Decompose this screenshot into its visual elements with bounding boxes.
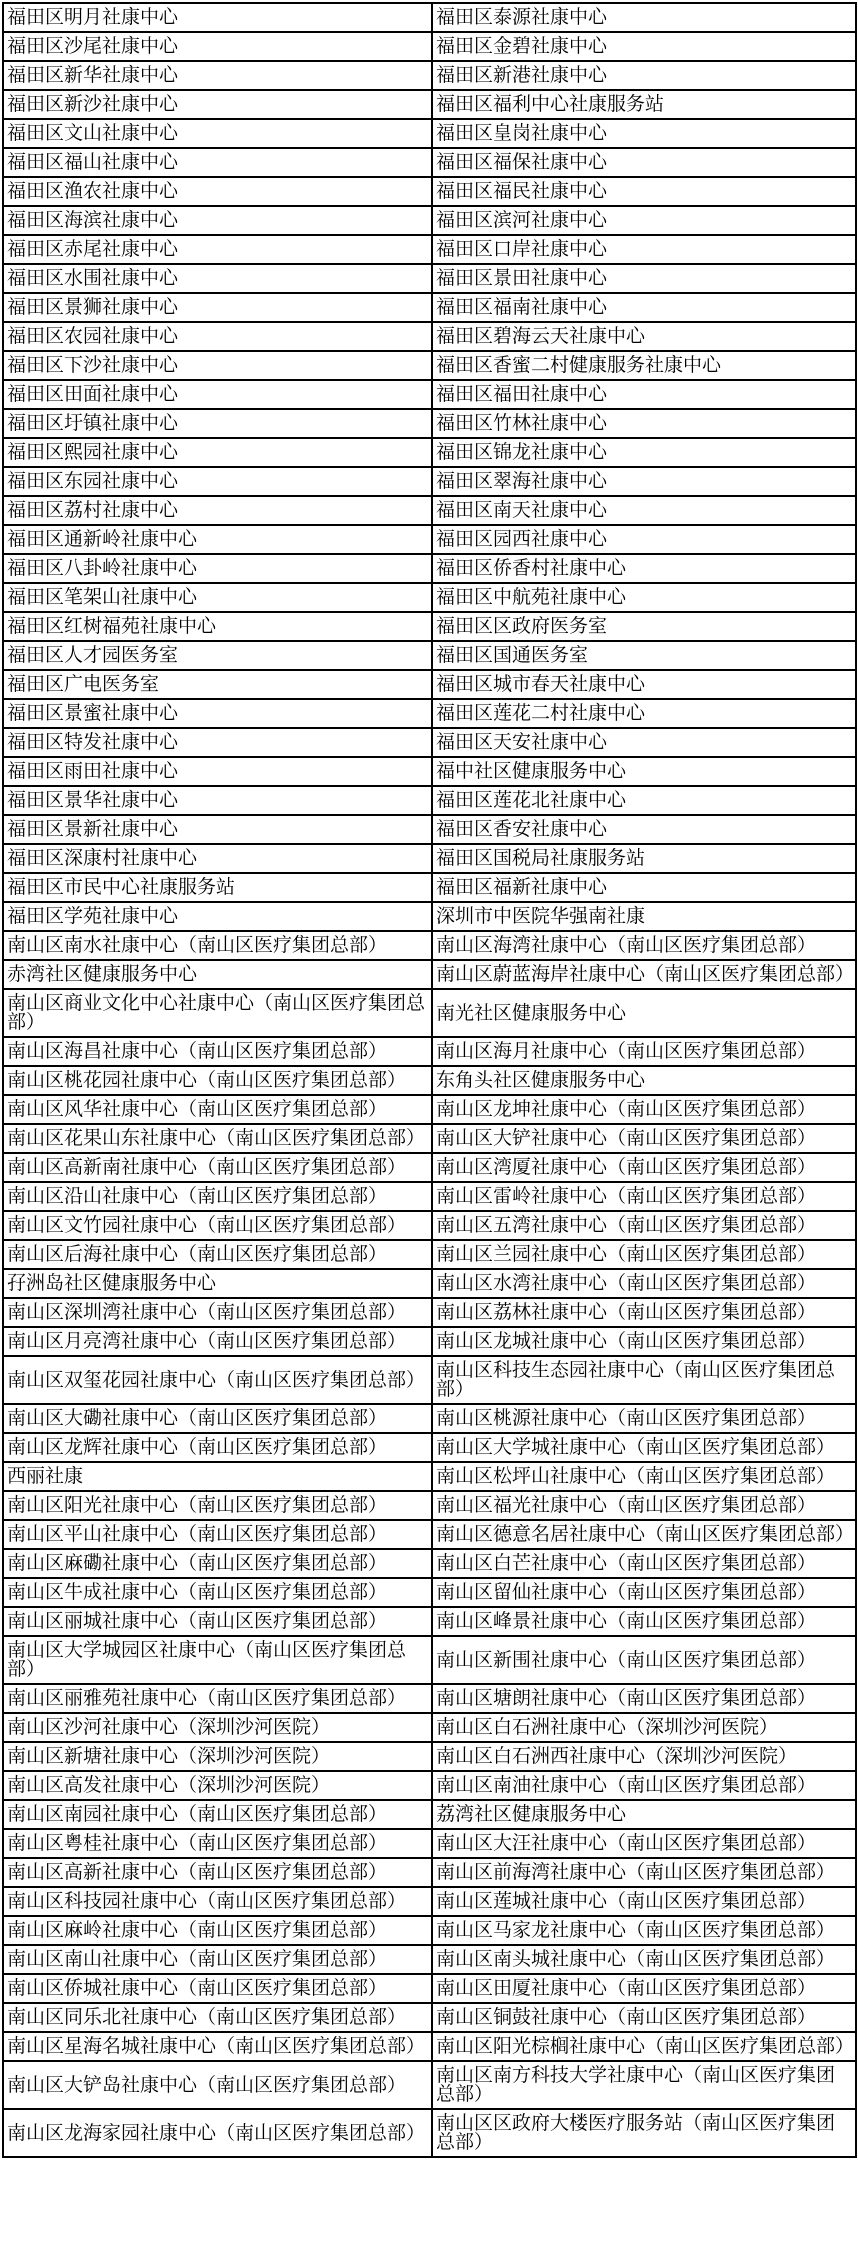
clinic-cell-right: 南山区荔林社康中心（南山区医疗集团总部） (432, 1298, 856, 1327)
table-row: 福田区雨田社康中心福中社区健康服务中心 (3, 757, 856, 786)
clinic-cell-left: 南山区海昌社康中心（南山区医疗集团总部） (3, 1037, 432, 1066)
clinic-cell-right: 福田区区政府医务室 (432, 612, 856, 641)
table-row: 福田区赤尾社康中心福田区口岸社康中心 (3, 235, 856, 264)
table-row: 南山区牛成社康中心（南山区医疗集团总部）南山区留仙社康中心（南山区医疗集团总部） (3, 1578, 856, 1607)
clinic-cell-left: 南山区南园社康中心（南山区医疗集团总部） (3, 1800, 432, 1829)
clinic-cell-left: 南山区侨城社康中心（南山区医疗集团总部） (3, 1974, 432, 2003)
table-row: 福田区学苑社康中心深圳市中医院华强南社康 (3, 902, 856, 931)
table-row: 福田区深康村社康中心福田区国税局社康服务站 (3, 844, 856, 873)
clinic-cell-left: 南山区后海社康中心（南山区医疗集团总部） (3, 1240, 432, 1269)
table-row: 南山区龙辉社康中心（南山区医疗集团总部）南山区大学城社康中心（南山区医疗集团总部… (3, 1433, 856, 1462)
table-row: 福田区田面社康中心福田区福田社康中心 (3, 380, 856, 409)
table-row: 南山区大铲岛社康中心（南山区医疗集团总部）南山区南方科技大学社康中心（南山区医疗… (3, 2061, 856, 2109)
table-row: 南山区南园社康中心（南山区医疗集团总部）荔湾社区健康服务中心 (3, 1800, 856, 1829)
clinic-cell-right: 南山区桃源社康中心（南山区医疗集团总部） (432, 1404, 856, 1433)
clinic-cell-right: 福田区园西社康中心 (432, 525, 856, 554)
clinic-cell-right: 南山区大学城社康中心（南山区医疗集团总部） (432, 1433, 856, 1462)
clinic-cell-left: 南山区丽雅苑社康中心（南山区医疗集团总部） (3, 1684, 432, 1713)
clinic-cell-left: 南山区商业文化中心社康中心（南山区医疗集团总部） (3, 989, 432, 1037)
clinic-cell-right: 南山区海月社康中心（南山区医疗集团总部） (432, 1037, 856, 1066)
clinic-cell-left: 南山区同乐北社康中心（南山区医疗集团总部） (3, 2003, 432, 2032)
table-row: 南山区海昌社康中心（南山区医疗集团总部）南山区海月社康中心（南山区医疗集团总部） (3, 1037, 856, 1066)
clinic-cell-right: 福田区福新社康中心 (432, 873, 856, 902)
clinic-cell-left: 福田区新华社康中心 (3, 61, 432, 90)
clinic-cell-left: 南山区风华社康中心（南山区医疗集团总部） (3, 1095, 432, 1124)
clinic-cell-left: 福田区广电医务室 (3, 670, 432, 699)
clinic-cell-left: 福田区深康村社康中心 (3, 844, 432, 873)
clinic-cell-right: 福田区福南社康中心 (432, 293, 856, 322)
clinic-cell-left: 福田区红树福苑社康中心 (3, 612, 432, 641)
clinic-cell-left: 赤湾社区健康服务中心 (3, 960, 432, 989)
table-row: 南山区星海名城社康中心（南山区医疗集团总部）南山区阳光棕榈社康中心（南山区医疗集… (3, 2032, 856, 2061)
clinic-cell-right: 南山区五湾社康中心（南山区医疗集团总部） (432, 1211, 856, 1240)
clinic-cell-right: 南山区留仙社康中心（南山区医疗集团总部） (432, 1578, 856, 1607)
table-row: 福田区水围社康中心福田区景田社康中心 (3, 264, 856, 293)
clinic-cell-right: 福田区金碧社康中心 (432, 32, 856, 61)
table-row: 南山区高新社康中心（南山区医疗集团总部）南山区前海湾社康中心（南山区医疗集团总部… (3, 1858, 856, 1887)
clinic-cell-left: 南山区高发社康中心（深圳沙河医院） (3, 1771, 432, 1800)
clinic-cell-right: 福田区翠海社康中心 (432, 467, 856, 496)
clinic-cell-right: 南山区白石洲西社康中心（深圳沙河医院） (432, 1742, 856, 1771)
table-row: 南山区高新南社康中心（南山区医疗集团总部）南山区湾厦社康中心（南山区医疗集团总部… (3, 1153, 856, 1182)
clinic-cell-left: 南山区粤桂社康中心（南山区医疗集团总部） (3, 1829, 432, 1858)
table-row: 南山区龙海家园社康中心（南山区医疗集团总部）南山区区政府大楼医疗服务站（南山区医… (3, 2109, 856, 2157)
table-row: 孖洲岛社区健康服务中心南山区水湾社康中心（南山区医疗集团总部） (3, 1269, 856, 1298)
clinic-cell-left: 南山区沿山社康中心（南山区医疗集团总部） (3, 1182, 432, 1211)
table-row: 福田区通新岭社康中心福田区园西社康中心 (3, 525, 856, 554)
table-row: 福田区荔村社康中心福田区南天社康中心 (3, 496, 856, 525)
clinic-cell-left: 福田区特发社康中心 (3, 728, 432, 757)
clinic-cell-right: 南光社区健康服务中心 (432, 989, 856, 1037)
clinic-cell-left: 南山区大磡社康中心（南山区医疗集团总部） (3, 1404, 432, 1433)
table-row: 南山区月亮湾社康中心（南山区医疗集团总部）南山区龙城社康中心（南山区医疗集团总部… (3, 1327, 856, 1356)
clinic-cell-left: 福田区荔村社康中心 (3, 496, 432, 525)
clinic-cell-left: 福田区学苑社康中心 (3, 902, 432, 931)
clinic-cell-right: 福田区侨香村社康中心 (432, 554, 856, 583)
clinic-cell-right: 南山区水湾社康中心（南山区医疗集团总部） (432, 1269, 856, 1298)
clinic-cell-right: 南山区马家龙社康中心（南山区医疗集团总部） (432, 1916, 856, 1945)
clinic-cell-right: 福田区南天社康中心 (432, 496, 856, 525)
clinic-cell-right: 南山区蔚蓝海岸社康中心（南山区医疗集团总部） (432, 960, 856, 989)
clinic-cell-right: 福田区口岸社康中心 (432, 235, 856, 264)
clinic-cell-right: 南山区海湾社康中心（南山区医疗集团总部） (432, 931, 856, 960)
clinic-cell-left: 南山区丽城社康中心（南山区医疗集团总部） (3, 1607, 432, 1636)
clinic-cell-right: 深圳市中医院华强南社康 (432, 902, 856, 931)
clinic-cell-left: 西丽社康 (3, 1462, 432, 1491)
table-row: 福田区明月社康中心福田区泰源社康中心 (3, 3, 856, 32)
clinic-cell-left: 福田区赤尾社康中心 (3, 235, 432, 264)
clinic-cell-left: 福田区明月社康中心 (3, 3, 432, 32)
clinic-cell-right: 福田区国税局社康服务站 (432, 844, 856, 873)
clinic-cell-left: 南山区深圳湾社康中心（南山区医疗集团总部） (3, 1298, 432, 1327)
table-row: 南山区南水社康中心（南山区医疗集团总部）南山区海湾社康中心（南山区医疗集团总部） (3, 931, 856, 960)
clinic-cell-right: 南山区塘朗社康中心（南山区医疗集团总部） (432, 1684, 856, 1713)
table-row: 南山区同乐北社康中心（南山区医疗集团总部）南山区铜鼓社康中心（南山区医疗集团总部… (3, 2003, 856, 2032)
table-row: 福田区下沙社康中心福田区香蜜二村健康服务社康中心 (3, 351, 856, 380)
clinic-cell-right: 福田区锦龙社康中心 (432, 438, 856, 467)
table-row: 南山区阳光社康中心（南山区医疗集团总部）南山区福光社康中心（南山区医疗集团总部） (3, 1491, 856, 1520)
clinic-cell-left: 南山区大铲岛社康中心（南山区医疗集团总部） (3, 2061, 432, 2109)
clinic-cell-left: 福田区雨田社康中心 (3, 757, 432, 786)
clinic-cell-left: 南山区大学城园区社康中心（南山区医疗集团总部） (3, 1636, 432, 1684)
table-row: 南山区风华社康中心（南山区医疗集团总部）南山区龙坤社康中心（南山区医疗集团总部） (3, 1095, 856, 1124)
clinic-cell-left: 南山区科技园社康中心（南山区医疗集团总部） (3, 1887, 432, 1916)
clinic-cell-left: 南山区龙海家园社康中心（南山区医疗集团总部） (3, 2109, 432, 2157)
clinic-cell-left: 南山区麻岭社康中心（南山区医疗集团总部） (3, 1916, 432, 1945)
clinic-cell-right: 福中社区健康服务中心 (432, 757, 856, 786)
table-row: 福田区海滨社康中心福田区滨河社康中心 (3, 206, 856, 235)
table-row: 南山区侨城社康中心（南山区医疗集团总部）南山区田厦社康中心（南山区医疗集团总部） (3, 1974, 856, 2003)
clinic-cell-right: 南山区松坪山社康中心（南山区医疗集团总部） (432, 1462, 856, 1491)
table-row: 南山区麻岭社康中心（南山区医疗集团总部）南山区马家龙社康中心（南山区医疗集团总部… (3, 1916, 856, 1945)
clinic-cell-right: 福田区福利中心社康服务站 (432, 90, 856, 119)
clinic-cell-left: 南山区平山社康中心（南山区医疗集团总部） (3, 1520, 432, 1549)
clinic-cell-right: 南山区湾厦社康中心（南山区医疗集团总部） (432, 1153, 856, 1182)
table-row: 南山区新塘社康中心（深圳沙河医院）南山区白石洲西社康中心（深圳沙河医院） (3, 1742, 856, 1771)
table-row: 赤湾社区健康服务中心南山区蔚蓝海岸社康中心（南山区医疗集团总部） (3, 960, 856, 989)
table-row: 南山区麻磡社康中心（南山区医疗集团总部）南山区白芒社康中心（南山区医疗集团总部） (3, 1549, 856, 1578)
clinic-cell-left: 福田区景新社康中心 (3, 815, 432, 844)
table-row: 南山区大磡社康中心（南山区医疗集团总部）南山区桃源社康中心（南山区医疗集团总部） (3, 1404, 856, 1433)
clinic-cell-left: 福田区海滨社康中心 (3, 206, 432, 235)
clinic-cell-left: 福田区通新岭社康中心 (3, 525, 432, 554)
clinic-cell-right: 荔湾社区健康服务中心 (432, 1800, 856, 1829)
clinic-cell-left: 福田区笔架山社康中心 (3, 583, 432, 612)
table-row: 福田区熙园社康中心福田区锦龙社康中心 (3, 438, 856, 467)
clinic-cell-left: 福田区人才园医务室 (3, 641, 432, 670)
clinic-cell-right: 南山区阳光棕榈社康中心（南山区医疗集团总部） (432, 2032, 856, 2061)
clinic-cell-left: 福田区新沙社康中心 (3, 90, 432, 119)
table-row: 南山区桃花园社康中心（南山区医疗集团总部）东角头社区健康服务中心 (3, 1066, 856, 1095)
table-row: 南山区科技园社康中心（南山区医疗集团总部）南山区莲城社康中心（南山区医疗集团总部… (3, 1887, 856, 1916)
clinic-cell-right: 福田区滨河社康中心 (432, 206, 856, 235)
clinic-table: 福田区明月社康中心福田区泰源社康中心福田区沙尾社康中心福田区金碧社康中心福田区新… (2, 2, 857, 2158)
clinic-cell-left: 福田区八卦岭社康中心 (3, 554, 432, 583)
clinic-cell-left: 福田区景狮社康中心 (3, 293, 432, 322)
clinic-cell-right: 福田区国通医务室 (432, 641, 856, 670)
clinic-cell-right: 福田区福保社康中心 (432, 148, 856, 177)
table-row: 福田区景蜜社康中心福田区莲花二村社康中心 (3, 699, 856, 728)
table-row: 福田区东园社康中心福田区翠海社康中心 (3, 467, 856, 496)
clinic-cell-right: 福田区景田社康中心 (432, 264, 856, 293)
clinic-cell-right: 福田区福民社康中心 (432, 177, 856, 206)
clinic-cell-right: 南山区大汪社康中心（南山区医疗集团总部） (432, 1829, 856, 1858)
clinic-cell-right: 南山区峰景社康中心（南山区医疗集团总部） (432, 1607, 856, 1636)
table-row: 南山区文竹园社康中心（南山区医疗集团总部）南山区五湾社康中心（南山区医疗集团总部… (3, 1211, 856, 1240)
table-row: 福田区特发社康中心福田区天安社康中心 (3, 728, 856, 757)
clinic-cell-left: 南山区南山社康中心（南山区医疗集团总部） (3, 1945, 432, 1974)
clinic-cell-left: 福田区渔农社康中心 (3, 177, 432, 206)
table-row: 福田区人才园医务室福田区国通医务室 (3, 641, 856, 670)
clinic-cell-right: 南山区铜鼓社康中心（南山区医疗集团总部） (432, 2003, 856, 2032)
clinic-cell-right: 福田区泰源社康中心 (432, 3, 856, 32)
table-row: 福田区新华社康中心福田区新港社康中心 (3, 61, 856, 90)
table-row: 南山区后海社康中心（南山区医疗集团总部）南山区兰园社康中心（南山区医疗集团总部） (3, 1240, 856, 1269)
table-row: 福田区市民中心社康服务站福田区福新社康中心 (3, 873, 856, 902)
table-row: 福田区文山社康中心福田区皇岗社康中心 (3, 119, 856, 148)
clinic-cell-right: 南山区德意名居社康中心（南山区医疗集团总部） (432, 1520, 856, 1549)
clinic-cell-left: 南山区高新社康中心（南山区医疗集团总部） (3, 1858, 432, 1887)
clinic-cell-left: 南山区新塘社康中心（深圳沙河医院） (3, 1742, 432, 1771)
table-row: 福田区笔架山社康中心福田区中航苑社康中心 (3, 583, 856, 612)
clinic-cell-right: 福田区天安社康中心 (432, 728, 856, 757)
clinic-cell-right: 南山区南头城社康中心（南山区医疗集团总部） (432, 1945, 856, 1974)
clinic-cell-right: 福田区竹林社康中心 (432, 409, 856, 438)
table-row: 福田区景华社康中心福田区莲花北社康中心 (3, 786, 856, 815)
clinic-cell-left: 福田区东园社康中心 (3, 467, 432, 496)
clinic-cell-right: 南山区莲城社康中心（南山区医疗集团总部） (432, 1887, 856, 1916)
clinic-cell-right: 福田区莲花北社康中心 (432, 786, 856, 815)
clinic-cell-left: 南山区沙河社康中心（深圳沙河医院） (3, 1713, 432, 1742)
table-row: 南山区粤桂社康中心（南山区医疗集团总部）南山区大汪社康中心（南山区医疗集团总部） (3, 1829, 856, 1858)
clinic-cell-right: 南山区南油社康中心（南山区医疗集团总部） (432, 1771, 856, 1800)
table-row: 南山区沙河社康中心（深圳沙河医院）南山区白石洲社康中心（深圳沙河医院） (3, 1713, 856, 1742)
clinic-cell-left: 南山区牛成社康中心（南山区医疗集团总部） (3, 1578, 432, 1607)
clinic-cell-left: 福田区水围社康中心 (3, 264, 432, 293)
clinic-cell-left: 福田区市民中心社康服务站 (3, 873, 432, 902)
clinic-cell-right: 福田区中航苑社康中心 (432, 583, 856, 612)
clinic-cell-right: 南山区田厦社康中心（南山区医疗集团总部） (432, 1974, 856, 2003)
clinic-cell-right: 南山区龙城社康中心（南山区医疗集团总部） (432, 1327, 856, 1356)
table-row: 福田区圩镇社康中心福田区竹林社康中心 (3, 409, 856, 438)
clinic-cell-left: 福田区田面社康中心 (3, 380, 432, 409)
clinic-cell-right: 南山区新围社康中心（南山区医疗集团总部） (432, 1636, 856, 1684)
clinic-cell-right: 南山区前海湾社康中心（南山区医疗集团总部） (432, 1858, 856, 1887)
table-row: 南山区双玺花园社康中心（南山区医疗集团总部）南山区科技生态园社康中心（南山区医疗… (3, 1356, 856, 1404)
clinic-cell-right: 南山区雷岭社康中心（南山区医疗集团总部） (432, 1182, 856, 1211)
table-row: 福田区八卦岭社康中心福田区侨香村社康中心 (3, 554, 856, 583)
clinic-cell-left: 南山区花果山东社康中心（南山区医疗集团总部） (3, 1124, 432, 1153)
clinic-cell-right: 南山区大铲社康中心（南山区医疗集团总部） (432, 1124, 856, 1153)
table-row: 南山区丽城社康中心（南山区医疗集团总部）南山区峰景社康中心（南山区医疗集团总部） (3, 1607, 856, 1636)
table-row: 南山区丽雅苑社康中心（南山区医疗集团总部）南山区塘朗社康中心（南山区医疗集团总部… (3, 1684, 856, 1713)
table-row: 南山区大学城园区社康中心（南山区医疗集团总部）南山区新围社康中心（南山区医疗集团… (3, 1636, 856, 1684)
table-row: 南山区平山社康中心（南山区医疗集团总部）南山区德意名居社康中心（南山区医疗集团总… (3, 1520, 856, 1549)
table-row: 福田区红树福苑社康中心福田区区政府医务室 (3, 612, 856, 641)
table-row: 南山区沿山社康中心（南山区医疗集团总部）南山区雷岭社康中心（南山区医疗集团总部） (3, 1182, 856, 1211)
clinic-cell-left: 福田区景华社康中心 (3, 786, 432, 815)
table-row: 南山区商业文化中心社康中心（南山区医疗集团总部）南光社区健康服务中心 (3, 989, 856, 1037)
clinic-cell-left: 南山区高新南社康中心（南山区医疗集团总部） (3, 1153, 432, 1182)
clinic-cell-left: 南山区星海名城社康中心（南山区医疗集团总部） (3, 2032, 432, 2061)
clinic-cell-left: 福田区文山社康中心 (3, 119, 432, 148)
clinic-cell-right: 南山区白芒社康中心（南山区医疗集团总部） (432, 1549, 856, 1578)
table-row: 福田区景狮社康中心福田区福南社康中心 (3, 293, 856, 322)
clinic-cell-right: 福田区莲花二村社康中心 (432, 699, 856, 728)
table-row: 福田区景新社康中心福田区香安社康中心 (3, 815, 856, 844)
clinic-cell-left: 孖洲岛社区健康服务中心 (3, 1269, 432, 1298)
table-row: 西丽社康南山区松坪山社康中心（南山区医疗集团总部） (3, 1462, 856, 1491)
clinic-cell-left: 南山区南水社康中心（南山区医疗集团总部） (3, 931, 432, 960)
clinic-cell-left: 南山区双玺花园社康中心（南山区医疗集团总部） (3, 1356, 432, 1404)
clinic-cell-left: 福田区沙尾社康中心 (3, 32, 432, 61)
clinic-cell-right: 东角头社区健康服务中心 (432, 1066, 856, 1095)
clinic-cell-right: 福田区香蜜二村健康服务社康中心 (432, 351, 856, 380)
clinic-cell-right: 南山区南方科技大学社康中心（南山区医疗集团总部） (432, 2061, 856, 2109)
clinic-cell-right: 南山区区政府大楼医疗服务站（南山区医疗集团总部） (432, 2109, 856, 2157)
table-row: 福田区新沙社康中心福田区福利中心社康服务站 (3, 90, 856, 119)
clinic-cell-left: 南山区麻磡社康中心（南山区医疗集团总部） (3, 1549, 432, 1578)
clinic-cell-right: 福田区皇岗社康中心 (432, 119, 856, 148)
clinic-cell-right: 福田区城市春天社康中心 (432, 670, 856, 699)
clinic-cell-left: 福田区农园社康中心 (3, 322, 432, 351)
clinic-cell-left: 南山区文竹园社康中心（南山区医疗集团总部） (3, 1211, 432, 1240)
table-row: 南山区深圳湾社康中心（南山区医疗集团总部）南山区荔林社康中心（南山区医疗集团总部… (3, 1298, 856, 1327)
table-row: 福田区广电医务室福田区城市春天社康中心 (3, 670, 856, 699)
clinic-table-body: 福田区明月社康中心福田区泰源社康中心福田区沙尾社康中心福田区金碧社康中心福田区新… (3, 3, 856, 2157)
table-row: 南山区高发社康中心（深圳沙河医院）南山区南油社康中心（南山区医疗集团总部） (3, 1771, 856, 1800)
clinic-cell-left: 南山区龙辉社康中心（南山区医疗集团总部） (3, 1433, 432, 1462)
clinic-cell-right: 福田区新港社康中心 (432, 61, 856, 90)
clinic-cell-left: 南山区桃花园社康中心（南山区医疗集团总部） (3, 1066, 432, 1095)
table-row: 南山区南山社康中心（南山区医疗集团总部）南山区南头城社康中心（南山区医疗集团总部… (3, 1945, 856, 1974)
clinic-cell-left: 福田区福山社康中心 (3, 148, 432, 177)
table-row: 南山区花果山东社康中心（南山区医疗集团总部）南山区大铲社康中心（南山区医疗集团总… (3, 1124, 856, 1153)
clinic-cell-right: 福田区福田社康中心 (432, 380, 856, 409)
table-row: 福田区沙尾社康中心福田区金碧社康中心 (3, 32, 856, 61)
table-row: 福田区农园社康中心福田区碧海云天社康中心 (3, 322, 856, 351)
clinic-cell-left: 南山区月亮湾社康中心（南山区医疗集团总部） (3, 1327, 432, 1356)
clinic-cell-left: 南山区阳光社康中心（南山区医疗集团总部） (3, 1491, 432, 1520)
clinic-cell-left: 福田区圩镇社康中心 (3, 409, 432, 438)
clinic-cell-left: 福田区熙园社康中心 (3, 438, 432, 467)
clinic-cell-right: 南山区科技生态园社康中心（南山区医疗集团总部） (432, 1356, 856, 1404)
clinic-cell-left: 福田区下沙社康中心 (3, 351, 432, 380)
clinic-cell-right: 福田区香安社康中心 (432, 815, 856, 844)
clinic-cell-right: 福田区碧海云天社康中心 (432, 322, 856, 351)
clinic-cell-right: 南山区福光社康中心（南山区医疗集团总部） (432, 1491, 856, 1520)
clinic-cell-right: 南山区龙坤社康中心（南山区医疗集团总部） (432, 1095, 856, 1124)
table-row: 福田区福山社康中心福田区福保社康中心 (3, 148, 856, 177)
clinic-cell-right: 南山区白石洲社康中心（深圳沙河医院） (432, 1713, 856, 1742)
table-row: 福田区渔农社康中心福田区福民社康中心 (3, 177, 856, 206)
clinic-cell-left: 福田区景蜜社康中心 (3, 699, 432, 728)
clinic-cell-right: 南山区兰园社康中心（南山区医疗集团总部） (432, 1240, 856, 1269)
